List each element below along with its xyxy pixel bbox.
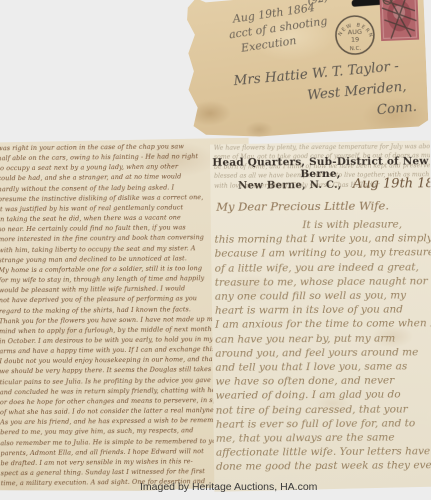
handwriting-line: affectionate little wife. Your letters h… (216, 444, 431, 460)
postage-stamp-icon (379, 0, 419, 41)
dateline-printed-place: New Berne, N. C., (238, 180, 342, 192)
handwriting-line: done me good the past week as they ever (216, 459, 431, 475)
dateline-handwritten-date: Aug 19th 1864. (353, 176, 431, 192)
handwriting-line: because I am writing to you, my treasure (215, 246, 431, 262)
handwriting-line: treasure to me, whose place naught nor (215, 274, 431, 290)
envelope: (92) NEW BERNE AUG 19 N.C. Aug 19th 1864… (181, 0, 429, 145)
envelope-address: Mrs Hattie W. T. Taylor - West Meriden, … (219, 55, 418, 135)
handwriting-line: not tire of being caressed, that your (216, 402, 431, 418)
handwriting-line: we have so often done, and never (215, 373, 431, 389)
dateline: New Berne, N. C., Aug 19th 1864. (238, 172, 431, 193)
envelope-docket-note: Aug 19th 1864 acct of a shooting Executi… (232, 0, 331, 56)
heritage-auctions-watermark: Imaged by Heritage Auctions, HA.com (140, 481, 317, 493)
handwriting-line: It is with pleasure, (214, 217, 431, 233)
svg-text:19: 19 (351, 35, 360, 43)
handwriting-line: I am anxious for the time to come when I (215, 317, 431, 333)
handwriting-line: wearied of doing. I am glad you do (216, 388, 431, 404)
handwriting-line: this morning that I write you, and simpl… (214, 231, 431, 247)
auction-photo-lot: (92) NEW BERNE AUG 19 N.C. Aug 19th 1864… (0, 0, 431, 500)
svg-text:N.C.: N.C. (350, 46, 362, 52)
address-line: Conn. (376, 97, 418, 122)
handwriting-line: around you, and feel yours around me (215, 345, 431, 361)
handwriting-line: can have you near by, put my arm (215, 331, 431, 347)
letter-salutation: My Dear Precious Little Wife. (216, 199, 389, 214)
handwriting-line: any one could fill so well as you, my (215, 288, 431, 304)
handwriting-line: me, that you always are the same (216, 430, 431, 446)
handwriting-line: and tell you that I love you, same as (215, 359, 431, 375)
postmark-icon: NEW BERNE AUG 19 N.C. (331, 11, 379, 59)
letter-body: It is with pleasure,this morning that I … (214, 217, 431, 474)
letter-page-right: We have flowers by plenty, the average t… (210, 140, 431, 492)
handwriting-line: heart is ever so full of love for, and t… (216, 416, 431, 432)
handwriting-line: heart is warm in its love of you and (215, 302, 431, 318)
handwriting-line: of a little wife, you are indeed a great… (215, 260, 431, 276)
